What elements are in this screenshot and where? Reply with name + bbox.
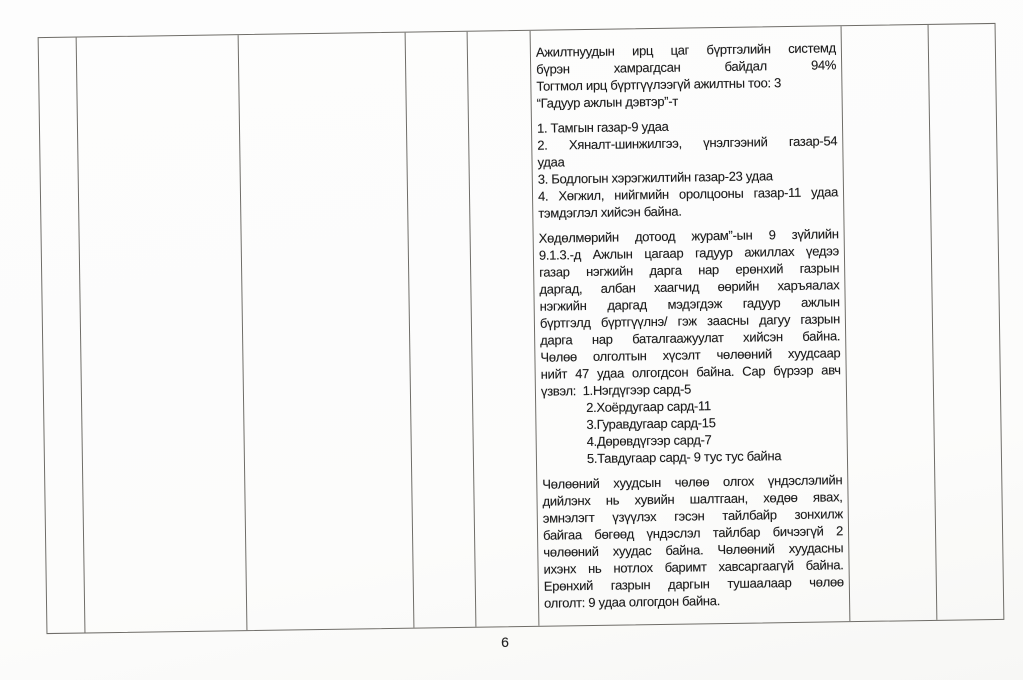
table-column-4 <box>405 31 476 627</box>
text-paragraph: Чөлөөний хуудсын чөлөө олгох үндэслэлийн… <box>542 471 844 611</box>
text-paragraph: Ажилтнуудын ирц цаг бүртгэлийн системдбү… <box>535 39 836 111</box>
page-number: 6 <box>0 634 1010 650</box>
table-column-3 <box>238 32 414 629</box>
table-column-5 <box>467 30 539 626</box>
text-paragraph: Хөдөлмөрийн дотоод журам”-ын 9 зүйлийн9.… <box>538 225 841 467</box>
table-column-8 <box>928 23 1003 619</box>
document-table: Ажилтнуудын ирц цаг бүртгэлийн системдбү… <box>37 22 1004 633</box>
table-column-2 <box>76 35 247 632</box>
report-text-cell: Ажилтнуудын ирц цаг бүртгэлийн системдбү… <box>530 26 849 612</box>
table-skew-wrapper: Ажилтнуудын ирц цаг бүртгэлийн системдбү… <box>37 22 1004 633</box>
table-column-7 <box>841 24 937 620</box>
table-column-6: Ажилтнуудын ирц цаг бүртгэлийн системдбү… <box>530 26 850 626</box>
scanned-document-page: Ажилтнуудын ирц цаг бүртгэлийн системдбү… <box>0 0 1023 680</box>
text-paragraph: 1. Тамгын газар-9 удаа2. Хяналт-шинжилгэ… <box>536 115 837 221</box>
